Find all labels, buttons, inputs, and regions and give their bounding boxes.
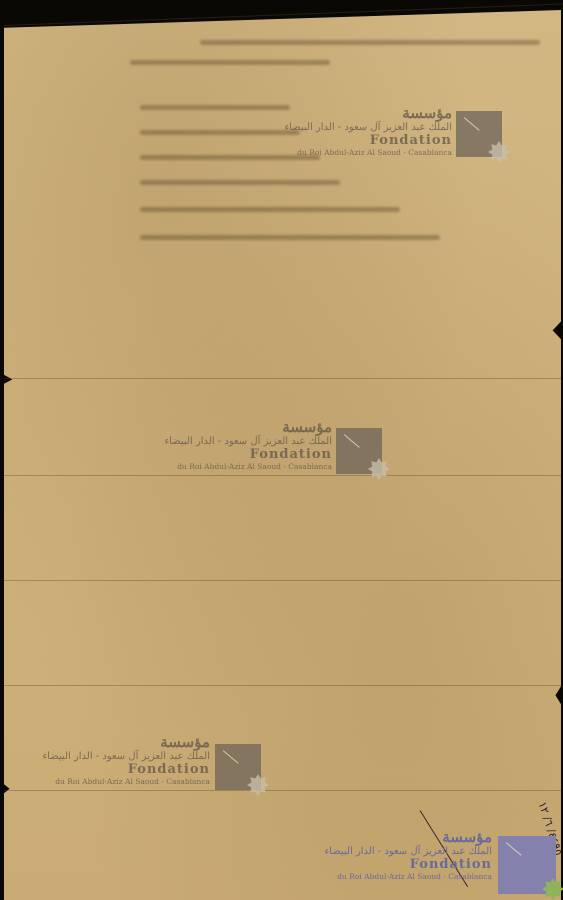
- bleed-through-text: [140, 180, 340, 185]
- watermark: مؤسسة الملك عبد العزيز آل سعود - الدار ا…: [0, 733, 210, 786]
- watermark-subtitle: du Roi Abdul-Aziz Al Saoud - Casablanca: [280, 872, 492, 881]
- watermark-title: Fondation: [240, 133, 452, 148]
- watermark-subtitle: du Roi Abdul-Aziz Al Saoud - Casablanca: [0, 777, 210, 786]
- watermark: مؤسسة الملك عبد العزيز آل سعود - الدار ا…: [240, 104, 452, 157]
- watermark-arabic-title: مؤسسة: [0, 733, 210, 751]
- foundation-logo-icon: [498, 836, 556, 894]
- watermark-arabic-title: مؤسسة: [120, 418, 332, 436]
- bleed-through-text: [140, 207, 400, 212]
- fold-line: [4, 685, 561, 686]
- watermark-title: Fondation: [120, 447, 332, 462]
- watermark-arabic-title: مؤسسة: [280, 828, 492, 846]
- watermark-title: Fondation: [280, 857, 492, 872]
- watermark-arabic-subtitle: الملك عبد العزيز آل سعود - الدار البيضاء: [280, 846, 492, 857]
- bleed-through-text: [200, 40, 540, 45]
- fold-line: [4, 475, 561, 476]
- foundation-logo-icon: [215, 744, 261, 790]
- watermark-subtitle: du Roi Abdul-Aziz Al Saoud - Casablanca: [120, 462, 332, 471]
- fold-line: [4, 378, 561, 379]
- watermark-arabic-subtitle: الملك عبد العزيز آل سعود - الدار البيضاء: [240, 122, 452, 133]
- watermark: مؤسسة الملك عبد العزيز آل سعود - الدار ا…: [280, 828, 492, 881]
- bleed-through-text: [130, 60, 330, 65]
- watermark-arabic-subtitle: الملك عبد العزيز آل سعود - الدار البيضاء: [0, 751, 210, 762]
- fold-line: [4, 790, 561, 791]
- watermark-arabic-subtitle: الملك عبد العزيز آل سعود - الدار البيضاء: [120, 436, 332, 447]
- foundation-logo-icon: [456, 111, 502, 157]
- watermark-subtitle: du Roi Abdul-Aziz Al Saoud - Casablanca: [240, 148, 452, 157]
- watermark-title: Fondation: [0, 762, 210, 777]
- fold-line: [4, 580, 561, 581]
- watermark-arabic-title: مؤسسة: [240, 104, 452, 122]
- foundation-logo-icon: [336, 428, 382, 474]
- watermark: مؤسسة الملك عبد العزيز آل سعود - الدار ا…: [120, 418, 332, 471]
- bleed-through-text: [140, 235, 440, 240]
